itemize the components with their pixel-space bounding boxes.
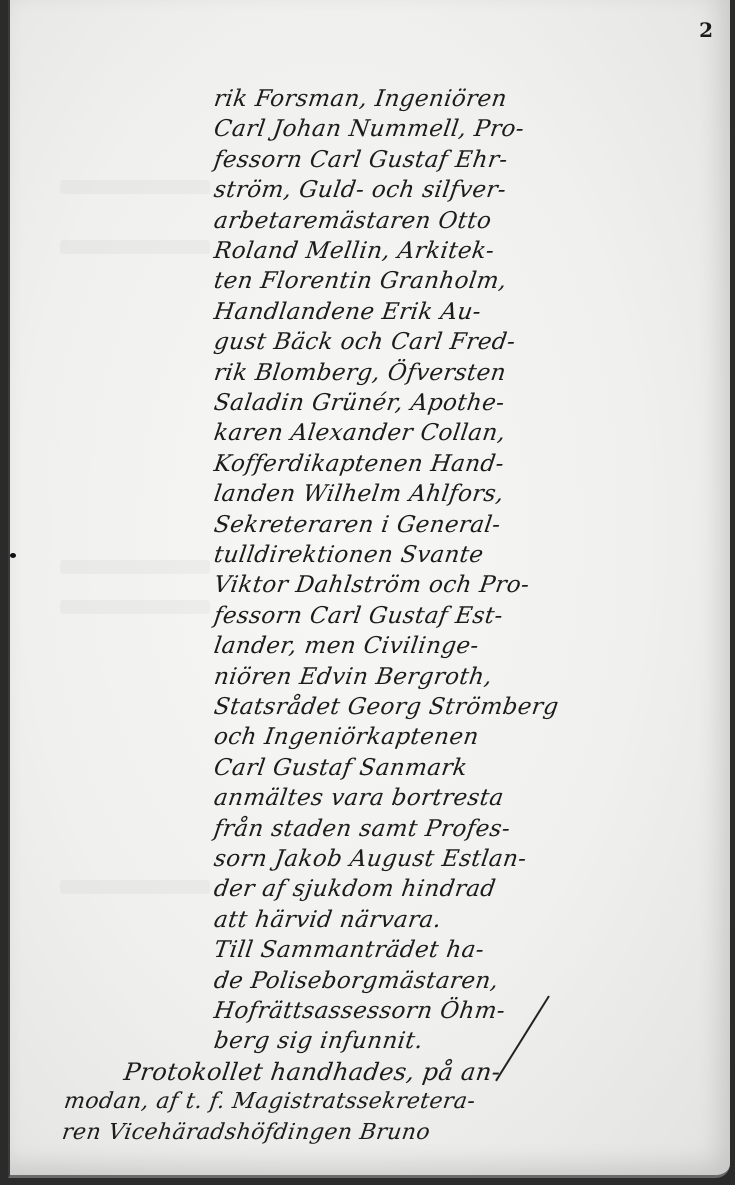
text-line: ten Florentin Granholm, [212,266,509,296]
text-line: gust Bäck och Carl Fred- [212,327,517,357]
text-line: från staden samt Profes- [212,814,512,844]
bleed-through-mark [60,880,210,894]
text-line: Protokollet handhades, på an- [122,1057,502,1087]
text-line: Statsrådet Georg Strömberg [212,692,561,722]
text-line: modan, af t. f. Magistratssekretera- [62,1087,477,1117]
text-line: Sekreteraren i General- [212,510,503,540]
bleed-through-mark [60,240,210,254]
text-line: fessorn Carl Gustaf Ehr- [212,145,510,175]
text-line: Kofferdikaptenen Hand- [212,449,506,479]
bleed-through-mark [60,560,210,574]
text-line: niören Edvin Bergroth, [212,662,494,692]
text-line: Saladin Grünér, Apothe- [212,388,506,418]
text-line: Handlandene Erik Au- [212,297,483,327]
text-line: ren Vicehäradshöfdingen Bruno [60,1118,432,1148]
text-line: de Poliseborgmästaren, [212,966,500,996]
text-line: der af sjukdom hindrad [212,874,498,904]
text-line: berg sig infunnit. [212,1026,425,1056]
page-number: 2 [699,18,713,42]
text-line: rik Blomberg, Öfversten [212,358,508,388]
text-line: anmältes vara bortresta [212,783,506,813]
text-line: lander, men Civilinge- [212,631,481,661]
text-line: och Ingeniörkaptenen [212,722,481,752]
text-line: karen Alexander Collan, [212,418,508,448]
text-line: rik Forsman, Ingeniören [212,84,509,114]
text-line: sorn Jakob August Estlan- [212,844,529,874]
text-line: ström, Guld- och silfver- [212,175,508,205]
text-line: Hofrättsassessorn Öhm- [212,996,507,1026]
bleed-through-mark [60,180,210,194]
text-line: tulldirektionen Svante [212,540,486,570]
text-line: fessorn Carl Gustaf Est- [212,601,505,631]
text-line: Roland Mellin, Arkitek- [212,236,496,266]
bleed-through-mark [60,600,210,614]
text-line: landen Wilhelm Ahlfors, [212,479,506,509]
text-line: Carl Johan Nummell, Pro- [212,114,526,144]
scanned-page: 2 rik Forsman, IngeniörenCarl Johan Numm… [0,0,735,1185]
text-line: att härvid närvara. [212,905,443,935]
text-line: Till Sammanträdet ha- [212,935,486,965]
ink-speck [10,553,16,558]
text-line: Carl Gustaf Sanmark [212,753,469,783]
text-line: arbetaremästaren Otto [212,206,493,236]
text-line: Viktor Dahlström och Pro- [212,570,531,600]
